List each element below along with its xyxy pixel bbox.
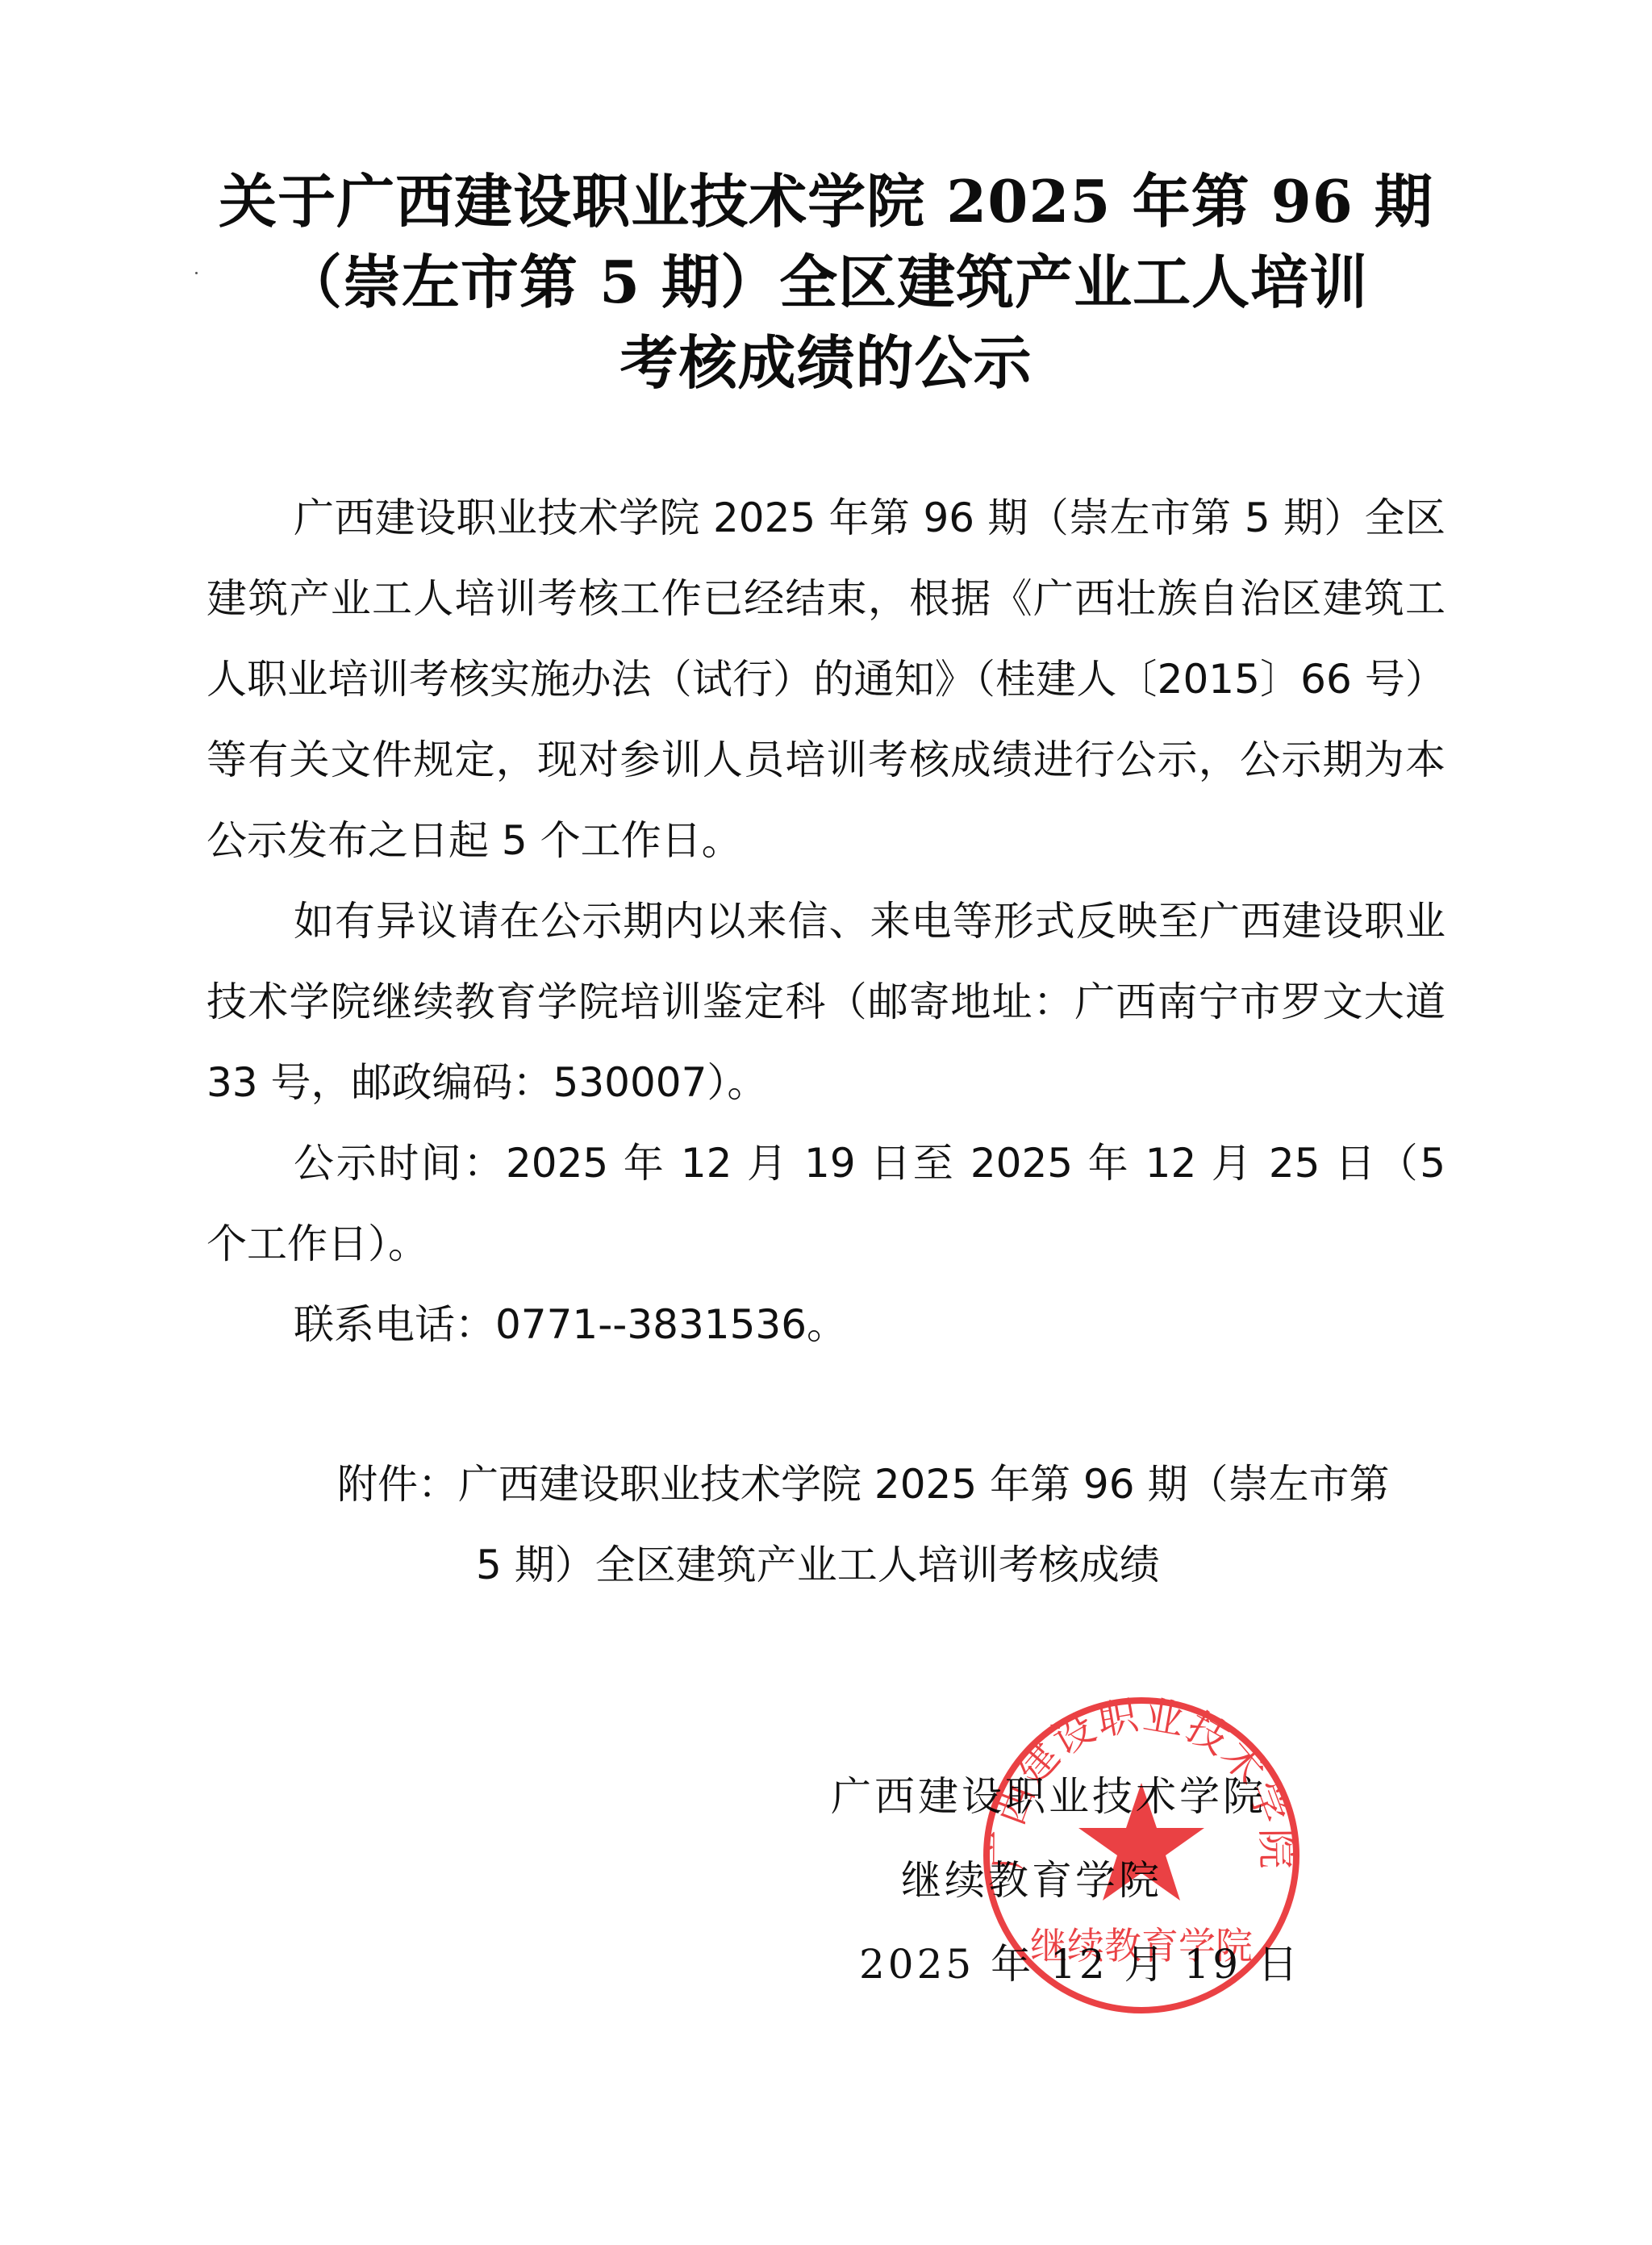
paragraph-text: 公示时间：2025 年 12 月 19 日至 2025 年 12 月 25 日（… [206,1123,1445,1284]
paragraph-period: 公示时间：2025 年 12 月 19 日至 2025 年 12 月 25 日（… [206,1123,1445,1284]
official-seal-icon: 广西建设职业技术学院 继续教育学院 [978,1692,1304,2018]
paragraph-objection: 如有异议请在公示期内以来信、来电等形式反映至广西建设职业技术学院继续教育学院培训… [206,881,1445,1123]
paragraph-text: 广西建设职业技术学院 2025 年第 96 期（崇左市第 5 期）全区建筑产业工… [206,478,1445,881]
seal-bottom-text: 继续教育学院 [1030,1924,1253,1968]
title-line-1: 关于广西建设职业技术学院 2025 年第 96 期 [0,161,1652,242]
document-title: 关于广西建设职业技术学院 2025 年第 96 期 （崇左市第 5 期）全区建筑… [0,161,1652,403]
seal-star-icon [1078,1783,1204,1901]
attachment-line-1: 附件：广西建设职业技术学院 2025 年第 96 期（崇左市第 [337,1444,1450,1525]
title-line-2: （崇左市第 5 期）全区建筑产业工人培训 [0,242,1652,323]
title-line-3: 考核成绩的公示 [0,323,1652,403]
paragraph-text: 联系电话：0771--3831536。 [206,1284,1445,1365]
document-page: 关于广西建设职业技术学院 2025 年第 96 期 （崇左市第 5 期）全区建筑… [0,0,1652,2245]
paragraph-announcement: 广西建设职业技术学院 2025 年第 96 期（崇左市第 5 期）全区建筑产业工… [206,478,1445,881]
paragraph-contact: 联系电话：0771--3831536。 [206,1284,1445,1365]
attachment-line-2: 5 期）全区建筑产业工人培训考核成绩 [337,1525,1450,1605]
paragraph-text: 如有异议请在公示期内以来信、来电等形式反映至广西建设职业技术学院继续教育学院培训… [206,881,1445,1123]
attachment-note: 附件：广西建设职业技术学院 2025 年第 96 期（崇左市第 5 期）全区建筑… [337,1444,1450,1605]
